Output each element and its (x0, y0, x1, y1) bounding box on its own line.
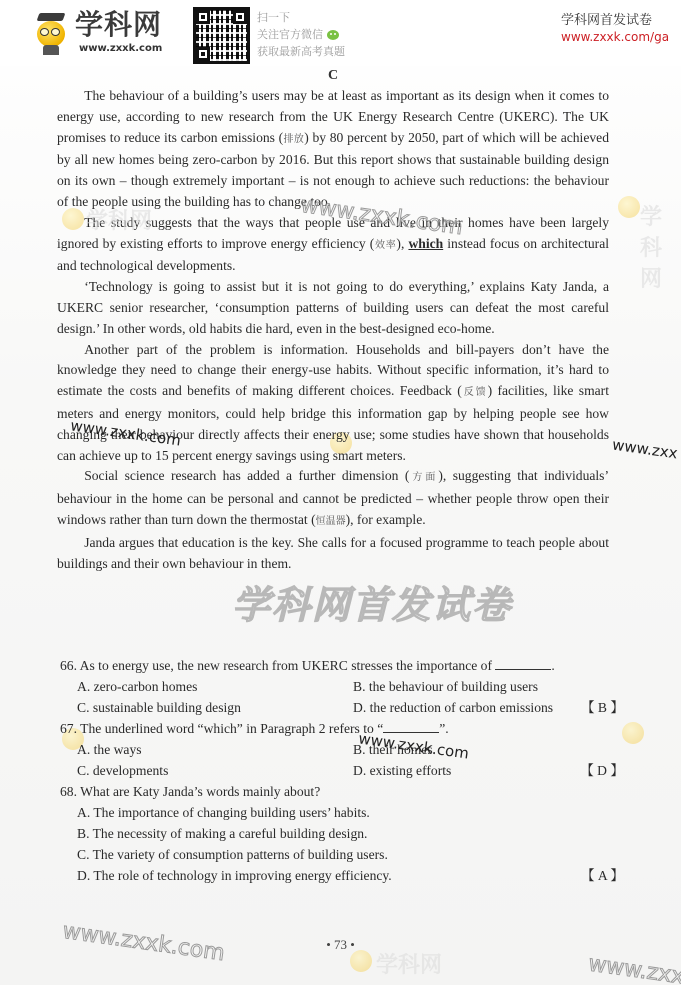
option-a[interactable]: A. zero-carbon homes (77, 676, 353, 697)
header: 学科网 www.zxxk.com 扫一下 关注官方微信 获取最新高考真题 学科网… (0, 0, 681, 66)
underlined-word: which (408, 236, 443, 251)
question-67: 67. The underlined word “which” in Parag… (60, 718, 640, 781)
option-d[interactable]: D. existing efforts (353, 760, 451, 781)
watermark-mascot-icon (618, 196, 640, 218)
qr-caption: 扫一下 关注官方微信 获取最新高考真题 (257, 9, 345, 60)
brand-title: 学科网首发试卷 (561, 12, 681, 29)
qr-caption-line: 扫一下 (257, 9, 345, 26)
section-heading: C (57, 66, 609, 86)
question-stem: 67. The underlined word “which” in Parag… (60, 718, 640, 739)
option-a[interactable]: A. the ways (77, 739, 353, 760)
answer-blank (383, 720, 439, 733)
brand-banner: 学科网首发试卷 www.zxxk.com/ga (561, 12, 681, 46)
wechat-icon (327, 30, 339, 40)
answer-key: 【 B 】 (581, 697, 640, 718)
answer-key: 【 D 】 (580, 760, 640, 781)
option-b[interactable]: B. the behaviour of building users (353, 676, 538, 697)
qr-caption-line: 关注官方微信 (257, 26, 345, 43)
watermark-mascot-icon (350, 950, 372, 972)
answer-blank (495, 657, 551, 670)
zxxk-logo[interactable]: 学科网 www.zxxk.com (35, 5, 180, 57)
option-a[interactable]: A. The importance of changing building u… (60, 802, 640, 823)
qr-caption-line: 获取最新高考真题 (257, 43, 345, 60)
paragraph-3: ‘Technology is going to assist but it is… (57, 277, 609, 339)
paragraph-6: Janda argues that education is the key. … (57, 533, 609, 575)
option-d[interactable]: D. The role of technology in improving e… (77, 865, 392, 886)
paragraph-4: Another part of the problem is informati… (57, 340, 609, 467)
option-d[interactable]: D. the reduction of carbon emissions (353, 697, 553, 718)
answer-key: 【 A 】 (581, 865, 640, 886)
mascot-icon (35, 11, 69, 55)
logo-url: www.zxxk.com (79, 43, 162, 54)
question-68: 68. What are Katy Janda’s words mainly a… (60, 781, 640, 886)
question-stem: 66. As to energy use, the new research f… (60, 655, 640, 676)
option-c[interactable]: C. The variety of consumption patterns o… (60, 844, 640, 865)
page-number: • 73 • (0, 937, 681, 953)
brand-url[interactable]: www.zxxk.com/ga (561, 29, 681, 46)
option-b[interactable]: B. The necessity of making a careful bui… (60, 823, 640, 844)
qr-code-icon (193, 7, 250, 64)
option-c[interactable]: C. sustainable building design (77, 697, 353, 718)
option-b[interactable]: B. their homes (353, 739, 433, 760)
reading-passage: C The behaviour of a building’s users ma… (57, 66, 609, 574)
question-66: 66. As to energy use, the new research f… (60, 655, 640, 718)
logo-title: 学科网 (75, 9, 162, 41)
question-stem: 68. What are Katy Janda’s words mainly a… (60, 781, 640, 802)
option-c[interactable]: C. developments (77, 760, 353, 781)
questions: 66. As to energy use, the new research f… (60, 655, 640, 886)
paragraph-5: Social science research has added a furt… (57, 466, 609, 532)
paragraph-2: The study suggests that the ways that pe… (57, 213, 609, 277)
paragraph-1: The behaviour of a building’s users may … (57, 86, 609, 213)
